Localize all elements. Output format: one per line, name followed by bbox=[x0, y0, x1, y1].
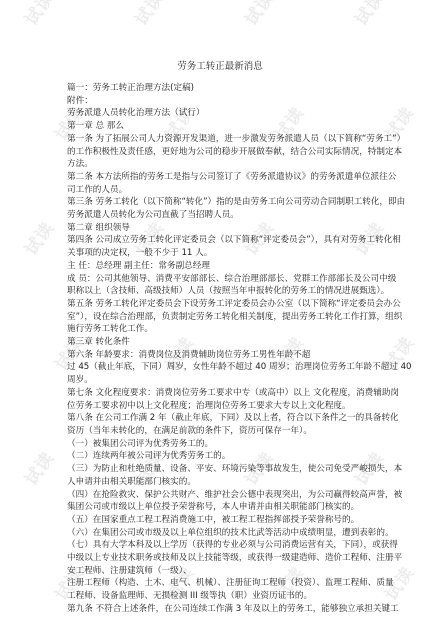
text-line: 注册工程师（构造、土木、电气、机械）、注册征询工程师（投资）、监理工程师、质量 bbox=[67, 577, 377, 590]
text-line: 劳务派遣人员转化为公司直截了当招聘人员。 bbox=[67, 209, 377, 222]
text-line: 第八条 在公司工作满 2 年（截止年底，下同）及以上者，符合以下条件之一的具备转… bbox=[67, 412, 377, 425]
text-line: 第九条 不符合上述条件，在公司连续工作满 3 年及以上的劳务工，能够独立承担关键… bbox=[67, 603, 377, 616]
text-line: 第七条 文化程度要求：消费岗位劳务工要求中专（或高中）以上 文化程度，消费辅助岗 bbox=[67, 387, 377, 400]
list-item: （七）具有大学本科及以上学历（获得的专业必须与公司消费运营有关，下同），或获得 bbox=[67, 539, 377, 552]
text-line: 篇一：劳务工转正治理方法(定稿) bbox=[67, 82, 377, 95]
text-line: 司工作的人员。 bbox=[67, 184, 377, 197]
text-line: 安工程师、注册建筑师（一级）、 bbox=[67, 565, 377, 578]
list-item: （六）在集团公司或市级及以上单位组织的技术比武等活动中成绩明显，遭到表彰的。 bbox=[67, 527, 377, 540]
text-line: 中级以上专业技术职务或技师及以上技能等级，或获得一级建造师、造价工程师、注册平 bbox=[67, 552, 377, 565]
text-line: 关事项的决定权，一般不少于 11 人。 bbox=[67, 247, 377, 260]
chapter-heading: 第三章 转化条件 bbox=[67, 336, 377, 349]
text-line: 位劳务工要求初中以上文化程度；治理岗位劳务工要求大专以上文化程度。 bbox=[67, 400, 377, 413]
list-item: （三）为防止和杜绝质量、设备、平安、环境污染等事故发生，使公司免受严峻损失，本 bbox=[67, 463, 377, 476]
text-line: 过 45（截止年底，下同）周岁，女性年龄不超过 40 周岁；治理岗位劳务工年龄不… bbox=[67, 361, 377, 374]
text-line: 资历（当年未转化的，在满足前款的条件下，资历可保存一年）。 bbox=[67, 425, 377, 438]
text-line: 第四条 公司成立劳务工转化评定委员会（以下简称“评定委员会”），具有对劳务工转化… bbox=[67, 234, 377, 247]
text-line: 周岁。 bbox=[67, 374, 377, 387]
text-line: 第五条 劳务工转化评定委员会下设劳务工评定委员会办公室（以下简称“评定委员会办公 bbox=[67, 298, 377, 311]
text-line: 第二条 本方法所指的劳务工是指与公司签订了《劳务派遣协议》的劳务派遣单位派往公 bbox=[67, 171, 377, 184]
text-line: 人申请并由相关职能部门核实的。 bbox=[67, 476, 377, 489]
text-line: 第三条 劳务工转化（以下简称“转化”）指的是由劳务工向公司劳动合同制职工转化，即… bbox=[67, 196, 377, 209]
chapter-heading: 第二章 组织领导 bbox=[67, 222, 377, 235]
chapter-heading: 第一章 总 那么 bbox=[67, 120, 377, 133]
document-title: 劳务工转正最新消息 bbox=[0, 58, 440, 72]
text-line: 成 员：公司其他领导、消费平安部部长、综合治理部部长、党群工作部部长及公司中级 bbox=[67, 273, 377, 286]
text-line: 室”），设在综合治理部，负责制定劳务工转化相关制度，提出劳务工转化工作打算，组织 bbox=[67, 311, 377, 324]
text-line: 职称以上（含技师、高级技师）人员（按照当年申报转化的劳务工的情况进展甄选）。 bbox=[67, 285, 377, 298]
text-line: 工程师、设备监理师、无损检测 III 级等执（职）业资历证书的。 bbox=[67, 590, 377, 603]
list-item: （四）在抢险救灾、保护公共财产、维护社会公德中表现突出，为公司赢得较高声誉，被 bbox=[67, 489, 377, 502]
text-line: 施行劳务工转化工作。 bbox=[67, 323, 377, 336]
text-line: 第六条 年龄要求：消费岗位及消费辅助岗位劳务工男性年龄不超 bbox=[67, 349, 377, 362]
text-line: 附件： bbox=[67, 95, 377, 108]
text-line: 集团公司或市级以上单位授予荣誉称号，本人申请并由相关职能部门核实的。 bbox=[67, 501, 377, 514]
document-page: 劳务工转正最新消息 篇一：劳务工转正治理方法(定稿) 附件： 劳务派遣人员转化治… bbox=[0, 0, 440, 620]
list-item: （一）被集团公司评为优秀劳务工的。 bbox=[67, 438, 377, 451]
text-line: 方法。 bbox=[67, 158, 377, 171]
text-line: 第一条 为了拓展公司人力资源开发渠道，进一步激发劳务派遣人员（以下简称“劳务工”… bbox=[67, 133, 377, 146]
document-body: 篇一：劳务工转正治理方法(定稿) 附件： 劳务派遣人员转化治理方法（试行） 第一… bbox=[67, 82, 377, 616]
text-line: 劳务派遣人员转化治理方法（试行） bbox=[67, 107, 377, 120]
list-item: （二）连续两年被公司评为优秀劳务工的。 bbox=[67, 450, 377, 463]
text-line: 主 任：总经理 副主任：常务副总经理 bbox=[67, 260, 377, 273]
text-line: 的工作积极性及责任感，更好地为公司的稳步开展做奉献，结合公司实际情况，特制定本 bbox=[67, 146, 377, 159]
list-item: （五）在国家重点工程工程消费施工中，被工程工程指挥部授予荣誉称号的。 bbox=[67, 514, 377, 527]
